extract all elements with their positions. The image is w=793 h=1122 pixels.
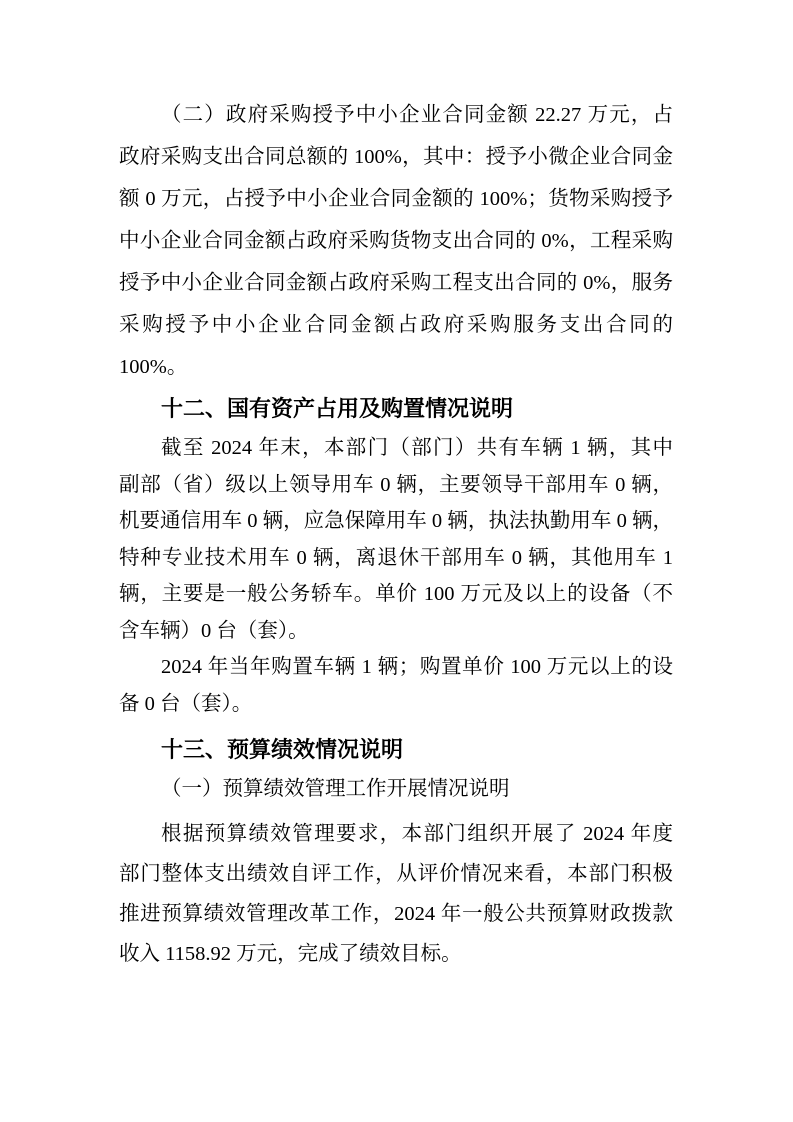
text-line: 采购授予中小企业合同金额占政府采购服务支出合同的 [119,304,673,346]
text-line: 机要通信用车 0 辆，应急保障用车 0 辆，执法执勤用车 0 辆， [119,503,673,540]
text-line: 特种专业技术用车 0 辆，离退休干部用车 0 辆，其他用车 1 [119,540,673,577]
section-heading: 十二、国有资产占用及购置情况说明 [119,388,673,430]
text-line: （二）政府采购授予中小企业合同金额 22.27 万元，占 [119,94,673,136]
text-line: 根据预算绩效管理要求，本部门组织开展了 2024 年度 [119,814,673,854]
paragraph: 根据预算绩效管理要求，本部门组织开展了 2024 年度部门整体支出绩效自评工作，… [119,814,673,974]
text-line: 收入 1158.92 万元，完成了绩效目标。 [119,934,673,974]
text-line: 政府采购支出合同总额的 100%，其中：授予小微企业合同金 [119,136,673,178]
paragraph: 截至 2024 年末，本部门（部门）共有车辆 1 辆，其中副部（省）级以上领导用… [119,430,673,649]
text-line: 额 0 万元，占授予中小企业合同金额的 100%；货物采购授予 [119,178,673,220]
text-line: 含车辆）0 台（套）。 [119,613,673,650]
paragraph: （二）政府采购授予中小企业合同金额 22.27 万元，占政府采购支出合同总额的 … [119,94,673,388]
text-line: 截至 2024 年末，本部门（部门）共有车辆 1 辆，其中 [119,430,673,467]
document-content: （二）政府采购授予中小企业合同金额 22.27 万元，占政府采购支出合同总额的 … [119,94,673,974]
text-line: 辆，主要是一般公务轿车。单价 100 万元及以上的设备（不 [119,576,673,613]
text-line: 授予中小企业合同金额占政府采购工程支出合同的 0%，服务 [119,262,673,304]
text-line: 推进预算绩效管理改革工作，2024 年一般公共预算财政拨款 [119,894,673,934]
text-line: 部门整体支出绩效自评工作，从评价情况来看，本部门积极 [119,854,673,894]
text-line: 中小企业合同金额占政府采购货物支出合同的 0%，工程采购 [119,220,673,262]
paragraph: 2024 年当年购置车辆 1 辆；购置单价 100 万元以上的设备 0 台（套）… [119,649,673,722]
document-page: （二）政府采购授予中小企业合同金额 22.27 万元，占政府采购支出合同总额的 … [0,0,793,1122]
text-line: 100%。 [119,346,673,388]
text-line: 副部（省）级以上领导用车 0 辆，主要领导干部用车 0 辆， [119,467,673,504]
section-heading: 十三、预算绩效情况说明 [119,730,673,770]
sub-heading: （一）预算绩效管理工作开展情况说明 [119,770,673,808]
text-line: 2024 年当年购置车辆 1 辆；购置单价 100 万元以上的设 [119,649,673,686]
text-line: 备 0 台（套）。 [119,686,673,723]
